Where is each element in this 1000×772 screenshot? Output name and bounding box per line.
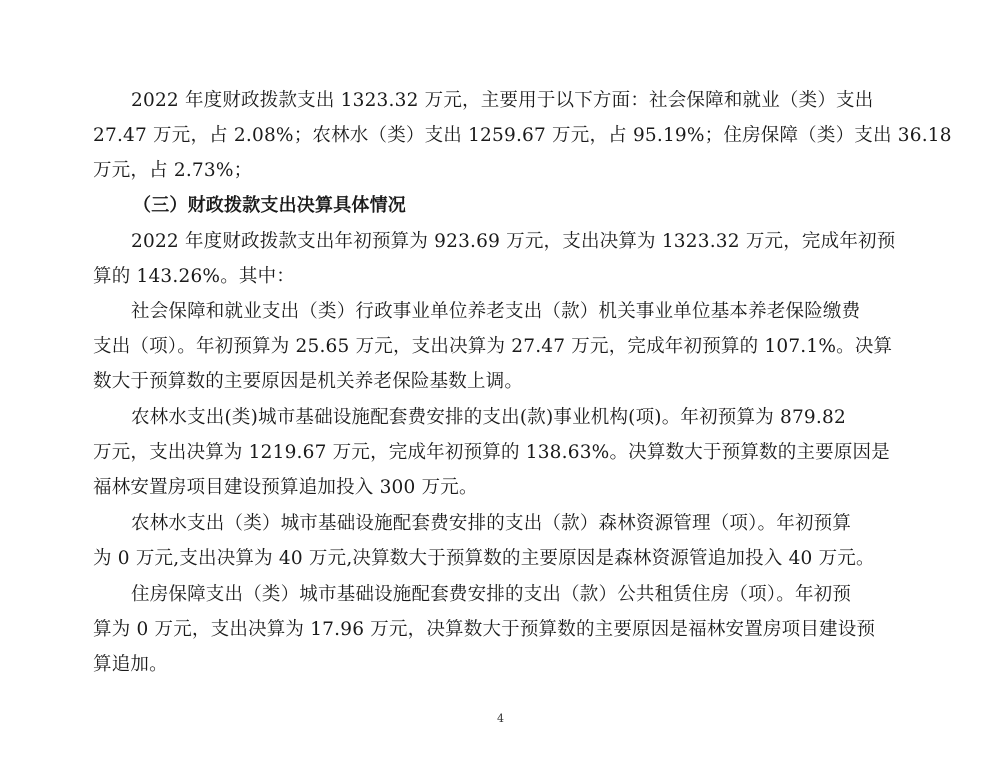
paragraph-summary-line-1: 2022 年度财政拨款支出 1323.32 万元，主要用于以下方面：社会保障和就… [93, 84, 873, 118]
paragraph-social-security-line-1: 社会保障和就业支出（类）行政事业单位养老支出（款）机关事业单位基本养老保险缴费 [93, 295, 860, 329]
paragraph-agriculture-forest-line-2: 为 0 万元,支出决算为 40 万元,决算数大于预算数的主要原因是森林资源管追加… [93, 542, 875, 576]
paragraph-agriculture-forest-line-1: 农林水支出（类）城市基础设施配套费安排的支出（款）森林资源管理（项）。年初预算 [93, 507, 851, 541]
page-number: 4 [497, 712, 504, 725]
paragraph-summary-line-3: 万元，占 2.73%； [93, 154, 252, 188]
section-heading: （三）财政拨款支出决算具体情况 [93, 189, 406, 223]
paragraph-summary-line-2: 27.47 万元，占 2.08%；农林水（类）支出 1259.67 万元，占 9… [93, 119, 952, 153]
paragraph-housing-line-2: 算为 0 万元，支出决算为 17.96 万元，决算数大于预算数的主要原因是福林安… [93, 613, 875, 647]
paragraph-agriculture-institution-line-2: 万元，支出决算为 1219.67 万元，完成年初预算的 138.63%。决算数大… [93, 436, 890, 470]
paragraph-agriculture-institution-line-3: 福林安置房项目建设预算追加投入 300 万元。 [93, 471, 478, 505]
paragraph-social-security-line-3: 数大于预算数的主要原因是机关养老保险基数上调。 [93, 365, 523, 399]
paragraph-housing-line-3: 算追加。 [93, 648, 168, 682]
paragraph-overall-line-1: 2022 年度财政拨款支出年初预算为 923.69 万元，支出决算为 1323.… [93, 225, 895, 259]
paragraph-social-security-line-2: 支出（项）。年初预算为 25.65 万元，支出决算为 27.47 万元，完成年初… [93, 330, 892, 364]
paragraph-overall-line-2: 算的 143.26%。其中： [93, 260, 295, 294]
paragraph-agriculture-institution-line-1: 农林水支出(类)城市基础设施配套费安排的支出(款)事业机构(项)。年初预算为 8… [93, 401, 846, 435]
paragraph-housing-line-1: 住房保障支出（类）城市基础设施配套费安排的支出（款）公共租赁住房（项）。年初预 [93, 578, 851, 612]
